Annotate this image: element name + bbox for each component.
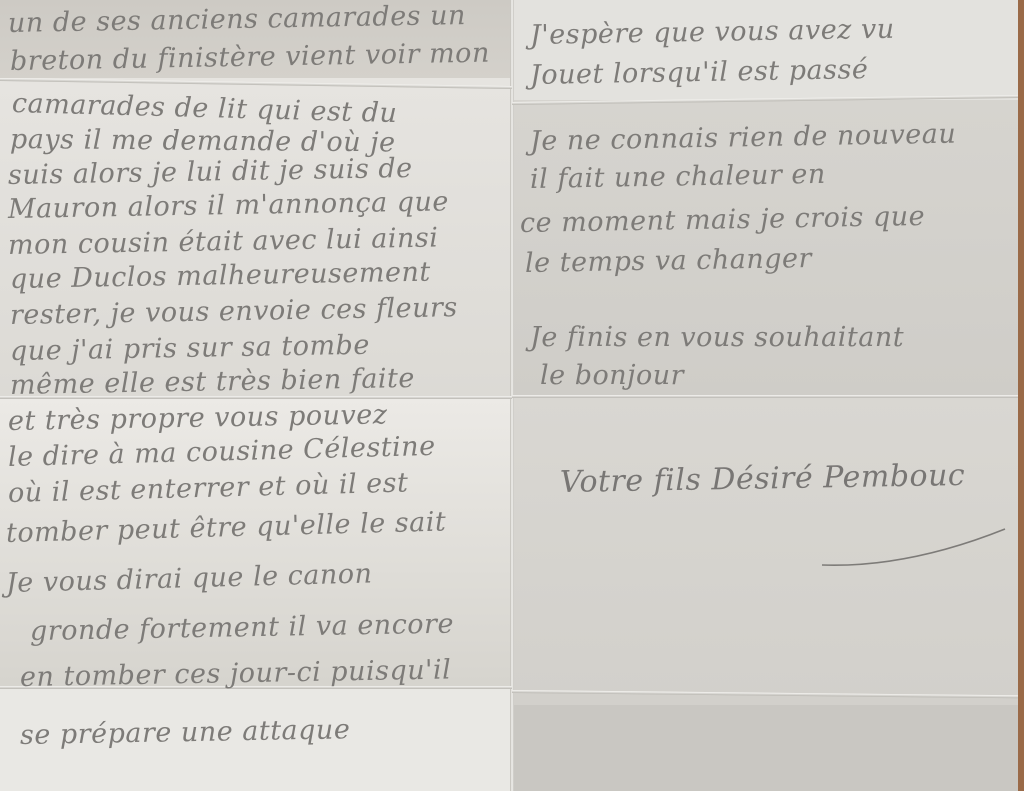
handwriting-line: Je finis en vous souhaitant (530, 324, 904, 351)
handwriting-line: Mauron alors il m'annonça que (8, 188, 449, 223)
paper-panel-right-bottom (512, 705, 1024, 791)
handwriting-line: même elle est très bien faite (10, 365, 415, 399)
handwriting-line: il fait une chaleur en (530, 161, 826, 193)
handwriting-line: Jouet lorsqu'il est passé (530, 56, 869, 89)
handwriting-line: que Duclos malheureusement (10, 259, 431, 293)
signature-flourish-icon (820, 525, 1010, 570)
letter-photo: un de ses anciens camarades un breton du… (0, 0, 1024, 791)
handwriting-line: le temps va changer (525, 245, 812, 277)
handwriting-line: suis alors je lui dit je suis de (8, 155, 413, 189)
handwriting-line: le bonjour (540, 362, 684, 389)
handwriting-line: se prépare une attaque (20, 716, 351, 749)
handwriting-line: et très propre vous pouvez (8, 401, 388, 435)
handwriting-line: un de ses anciens camarades un (8, 2, 466, 37)
handwriting-line: Je ne connais rien de nouveau (530, 121, 957, 155)
handwriting-line: en tomber ces jour-ci puisqu'il (20, 656, 452, 691)
signature: Votre fils Désiré Pembouc (560, 461, 966, 498)
handwriting-line: rester, je vous envoie ces fleurs (10, 294, 458, 329)
table-surface-edge (1018, 0, 1024, 791)
handwriting-line: breton du finistère vient voir mon (10, 40, 490, 75)
handwriting-line: mon cousin était avec lui ainsi (8, 224, 439, 259)
handwriting-line: que j'ai pris sur sa tombe (10, 332, 370, 365)
handwriting-line: gronde fortement il va encore (30, 611, 454, 645)
handwriting-line: pays il me demande d'où je (10, 126, 396, 156)
handwriting-line: J'espère que vous avez vu (530, 16, 895, 49)
handwriting-line: ce moment mais je crois que (520, 203, 926, 237)
fold-crease-right-middle (512, 395, 1024, 398)
